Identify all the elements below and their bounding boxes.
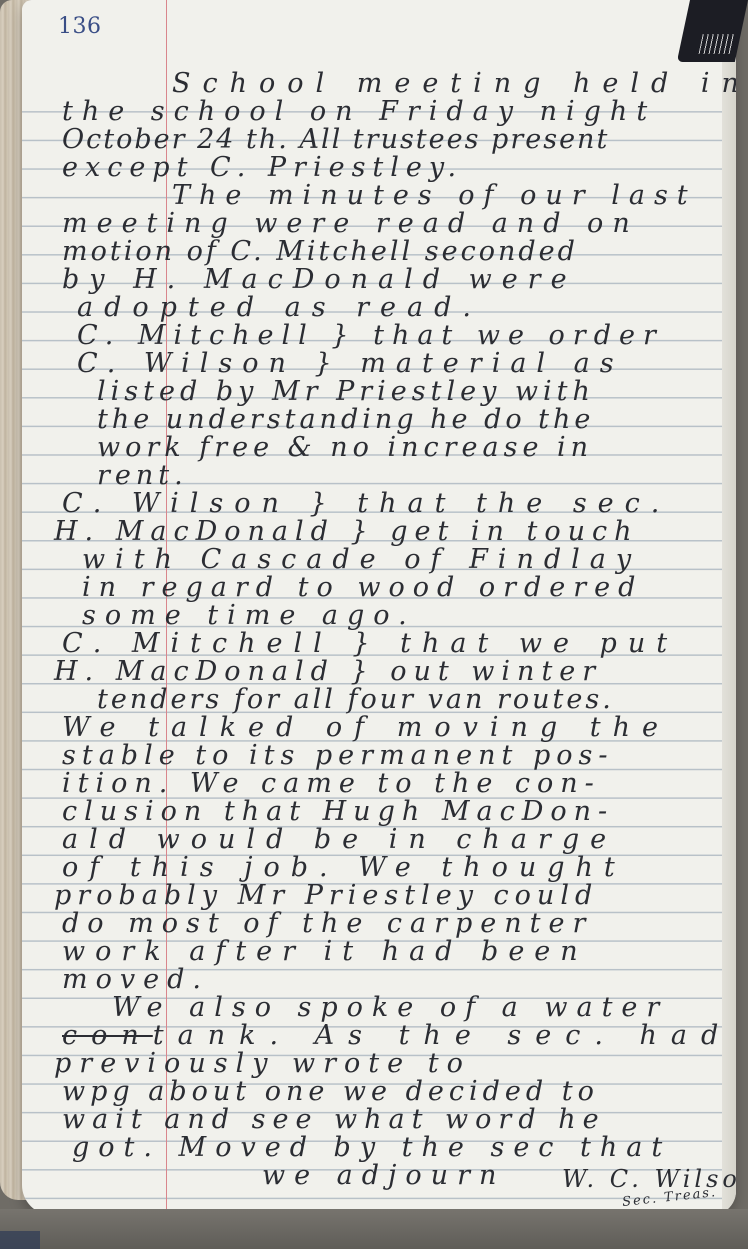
minutes-line: the school on Friday night <box>62 98 656 126</box>
table-surface <box>0 1209 748 1249</box>
struck-text: con <box>62 1020 153 1051</box>
minutes-line: clusion that Hugh MacDon- <box>62 798 614 826</box>
minutes-line: adopted as read. <box>77 294 482 322</box>
minutes-line: work after it had been <box>62 938 588 966</box>
minutes-line: contank. As the sec. had <box>62 1022 732 1050</box>
minutes-line: work free & no increase in <box>97 434 593 462</box>
minutes-line: moved. <box>62 966 209 994</box>
minutes-line: by H. MacDonald were <box>62 266 577 294</box>
minutes-line: got. Moved by the sec that <box>72 1134 671 1162</box>
minutes-line: we adjourn <box>262 1162 505 1190</box>
minutes-line: School meeting held in <box>172 70 736 98</box>
minutes-line: do most of the carpenter <box>62 910 593 938</box>
minutes-line: motion of C. Mitchell seconded <box>62 238 578 266</box>
minutes-line: ald would be in charge <box>62 826 617 854</box>
minutes-line: C. Mitchell } that we order <box>77 322 664 350</box>
minutes-line: C. Wilson } material as <box>77 350 624 378</box>
minutes-line: with Cascade of Findlay <box>82 546 641 574</box>
minutes-line: wpg about one we decided to <box>62 1078 599 1106</box>
ruler-ticks <box>699 34 737 54</box>
minutes-line: H. MacDonald } out winter <box>54 658 602 686</box>
minutes-line: except C. Priestley. <box>62 154 463 182</box>
minutes-line: tenders for all four van routes. <box>97 686 614 714</box>
minutes-line: probably Mr Priestley could <box>54 882 598 910</box>
minutes-line: We also spoke of a water <box>112 994 668 1022</box>
minutes-line: The minutes of our last <box>172 182 697 210</box>
minutes-line: of this job. We thought <box>62 854 626 882</box>
notebook-page: 136 School meeting held in the school on… <box>22 0 736 1215</box>
minutes-line-text: tank. As the sec. had <box>153 1020 733 1051</box>
minutes-line: wait and see what word he <box>62 1106 606 1134</box>
minutes-line: ition. We came to the con- <box>62 770 601 798</box>
minutes-line: stable to its permanent pos- <box>62 742 613 770</box>
minutes-line: the understanding he do the <box>97 406 594 434</box>
minutes-line-text: previously wrote to <box>54 1048 471 1079</box>
minutes-line: October 24 th. All trustees present <box>62 126 609 154</box>
minutes-line: rent. <box>97 462 188 490</box>
ruler-corner <box>677 0 748 62</box>
minutes-line: H. MacDonald } get in touch <box>54 518 639 546</box>
minutes-line: in regard to wood ordered <box>82 574 643 602</box>
minutes-line: some time ago. <box>82 602 416 630</box>
meeting-minutes: School meeting held in the school on Fri… <box>22 0 736 1215</box>
minutes-line: C. Wilson } that the sec. <box>62 490 670 518</box>
minutes-line: meeting were read and on <box>62 210 639 238</box>
minutes-line: previously wrote to <box>54 1050 471 1078</box>
table-surface-blue-patch <box>0 1231 40 1249</box>
minutes-line: We talked of moving the <box>62 714 670 742</box>
minutes-line: listed by Mr Priestley with <box>97 378 595 406</box>
minutes-line: C. Mitchell } that we put <box>62 630 678 658</box>
